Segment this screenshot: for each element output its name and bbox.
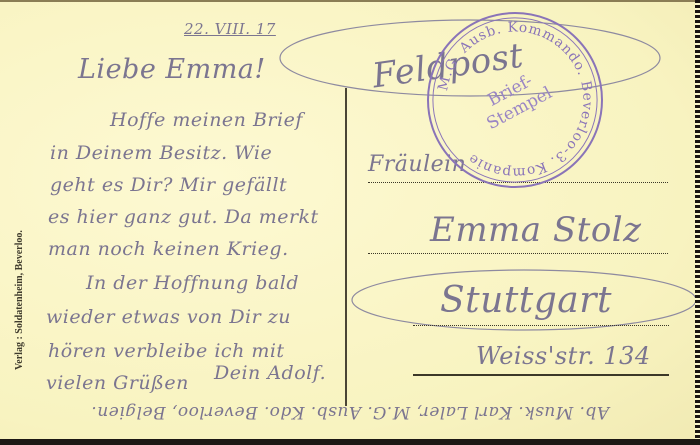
- message-line: geht es Dir? Mir gefällt: [50, 174, 287, 196]
- address-street: Weiss'str. 134: [476, 342, 651, 370]
- message-line: In der Hoffnung bald: [86, 272, 299, 294]
- postmark-stamp: M.G. Ausb. Kommando. Beverloo-3. Kompani…: [427, 12, 603, 188]
- date-note: 22. VIII. 17: [184, 20, 276, 38]
- message-signature: Dein Adolf.: [214, 362, 326, 384]
- scan-edge: [0, 439, 700, 445]
- address-city: Stuttgart: [440, 280, 612, 321]
- postcard: 22. VIII. 17 Verlag : Soldatenheim, Beve…: [0, 0, 697, 442]
- message-line: Hoffe meinen Brief: [110, 109, 303, 131]
- address-line-4: [413, 374, 669, 376]
- address-name: Emma Stolz: [430, 210, 642, 250]
- message-line: hören verbleibe ich mit: [48, 340, 285, 362]
- address-line-2: [368, 253, 668, 254]
- message-line: wieder etwas von Dir zu: [46, 306, 291, 328]
- sender-line-upside-down: Ab. Musk. Karl Laler, M.G. Ausb. Kdo. Be…: [30, 402, 670, 422]
- message-line: in Deinem Besitz. Wie: [50, 142, 272, 164]
- center-divider: [345, 88, 347, 406]
- message-salutation: Liebe Emma!: [78, 54, 266, 85]
- address-line-3: [413, 325, 669, 326]
- message-line: vielen Grüßen: [46, 372, 189, 394]
- perforated-edge: [695, 0, 700, 445]
- publisher-imprint: Verlag : Soldatenheim, Beverloo.: [14, 150, 25, 370]
- message-line: es hier ganz gut. Da merkt: [48, 206, 319, 228]
- message-line: man noch keinen Krieg.: [48, 238, 289, 260]
